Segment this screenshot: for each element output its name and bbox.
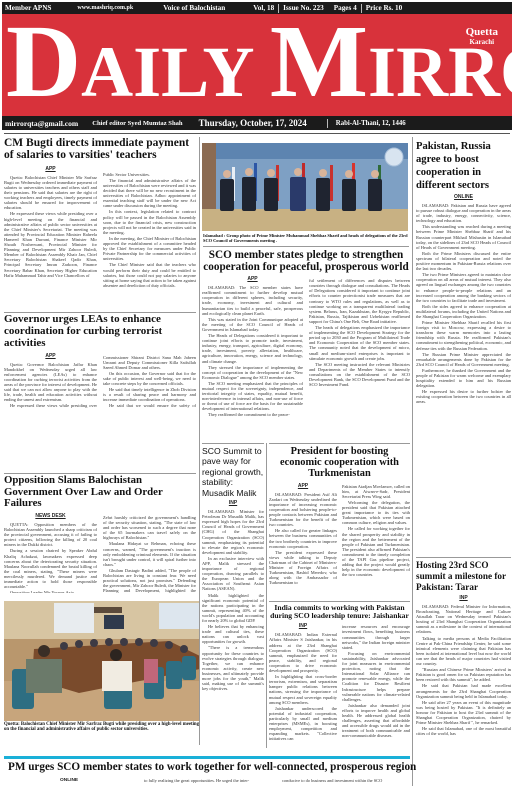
paragraph: to fully realizing the great opportuniti… <box>144 778 276 783</box>
article-tarar: Hosting 23rd SCO summit a milestone for … <box>416 560 511 786</box>
paragraph: Quetta: Balochistan Chief Minister Mir S… <box>4 175 97 211</box>
paragraph: Jaishankar underscored the potential of … <box>269 706 337 742</box>
divider <box>4 133 510 134</box>
chief-editor: Chief editor Syed Mumtaz Shah <box>92 120 182 127</box>
byline: NEWS DESK <box>4 513 97 519</box>
byline: APP <box>4 166 97 172</box>
paragraph: The two Prime Ministers agreed to mainta… <box>416 272 511 303</box>
byline: INP <box>416 595 511 601</box>
paragraph: He said after 27 years an event of this … <box>416 700 511 725</box>
top-info-bar: Member APNS www.mashriq.com.pk Voice of … <box>2 2 512 14</box>
publication-date: Thursday, October, 17, 2024 <box>199 118 307 128</box>
paragraph: He said that we would ensure the safety … <box>103 403 196 408</box>
paragraph: This was stated in the Joint Communique … <box>202 317 303 332</box>
paragraph: Talking to media persons at Media Facili… <box>416 636 511 667</box>
paragraph: He said that Islamabad, one of the most … <box>416 726 511 736</box>
city-karachi: Karachi <box>466 38 498 46</box>
paragraph: ISLAMABAD: Federal Minister for Informat… <box>416 604 511 635</box>
article-pm-urges-headline[interactable]: PM urges SCO member states to work toget… <box>8 761 412 773</box>
paragraph: Malik highlighted the significant econom… <box>202 593 264 624</box>
paragraph: Pakistan Atadjan Movlamov, called on him… <box>342 484 410 499</box>
paragraph: He said that Pakistan had made excellent… <box>416 683 511 698</box>
article-pak-russia: Pakistan, Russia agree to boost cooperat… <box>416 140 511 548</box>
paragraph: Ghulam Dastagir Badini added, "The peopl… <box>103 568 196 593</box>
divider <box>361 4 362 13</box>
price-label: Price Rs. 10 <box>366 4 403 12</box>
paragraph: Commissioner Shirani District Sana Mah J… <box>103 355 196 370</box>
article-jaishankar: India commits to working with Pakistan d… <box>269 601 410 748</box>
divider <box>278 4 279 13</box>
paragraph: Maulana Hidayat ur Rehman, echoing these… <box>103 541 196 566</box>
paragraph: In this context, legislation related to … <box>103 209 196 234</box>
pages-label: Pages 4 <box>334 4 357 12</box>
paragraph: He expressed these views while presiding… <box>4 403 97 408</box>
paragraph: Jaishankar also demanded joint efforts t… <box>342 703 410 739</box>
divider <box>4 312 196 313</box>
paragraph: Quetta: Governor Balochistan Jaffar Khan… <box>4 362 97 403</box>
paragraph: Opposition Leader Mir Younus Aziz <box>4 590 97 593</box>
byline: APP <box>202 276 303 282</box>
paragraph: ISLAMABAD: Minister for Petroleum Dr Mus… <box>202 509 264 555</box>
article-opposition: Opposition Slams Balochistan Government … <box>4 475 196 593</box>
volume-label: Vol, 18 <box>253 4 274 12</box>
paragraph: He also called for greater linkages betw… <box>269 528 337 548</box>
article-musadik: SCO Summit to pave way for regional grow… <box>202 443 264 750</box>
paragraph: The Russian Prime Minister appreciated t… <box>416 352 511 367</box>
issue-label: Issue No. 223 <box>283 4 324 12</box>
divider <box>412 137 413 786</box>
photo-caption: Quetta: Balochistan Chief Minister Mir S… <box>4 722 200 733</box>
email-link[interactable]: mirrorqta@gmail.com <box>5 119 78 128</box>
divider <box>4 473 196 474</box>
article-governor: Governor urges LEAs to enhance coordinat… <box>4 314 196 408</box>
divider <box>266 443 267 748</box>
paragraph: He called for working together for the s… <box>342 526 410 577</box>
hijri-date: Rabi-Al-Thani, 12, 1446 <box>336 120 406 127</box>
paragraph: "There is a tremendous opportunity for t… <box>202 645 264 691</box>
paragraph: Zehri harshly criticized the government'… <box>103 515 196 540</box>
byline: APP <box>269 483 337 489</box>
paragraph: During a session chaired by Speaker Abdu… <box>4 548 97 589</box>
newspaper-title: DAILY MIRROR <box>6 14 512 114</box>
masthead: DAILY MIRROR Quetta Karachi <box>2 14 512 116</box>
meeting-room-image <box>4 601 200 721</box>
byline: INP <box>269 623 337 629</box>
divider <box>203 246 409 247</box>
paragraph: ISLAMABAD: The SCO member states have re… <box>202 285 303 316</box>
photo-caption: Islamabad : Group photo of Prime Ministe… <box>203 233 409 243</box>
paragraph: ISLAMABAD: President Asif Ali Zardari on… <box>269 492 337 528</box>
paragraph: He believes that by enhancing trade and … <box>202 624 264 644</box>
paragraph: In the meeting, the Chief Minister of Ba… <box>103 236 196 261</box>
headline[interactable]: India commits to working with Pakistan d… <box>269 604 410 620</box>
headline[interactable]: CM Bugti directs immediate payment of sa… <box>4 137 196 162</box>
article-president: President for boosting economic cooperat… <box>269 443 410 599</box>
article-cm-bugti: CM Bugti directs immediate payment of sa… <box>4 137 196 289</box>
paragraph: ISLAMABAD: Indian External Affairs Minis… <box>269 632 337 673</box>
paragraph: Public Sector Universities. <box>103 172 196 177</box>
paragraph: The financial and administrative affairs… <box>103 178 196 209</box>
paragraph: ful settlement of differences and disput… <box>309 278 410 324</box>
headline[interactable]: Hosting 23rd SCO summit a milestone for … <box>416 560 511 593</box>
article-pm-urges-byline: ONLINE <box>60 778 78 783</box>
byline: APP <box>4 353 97 359</box>
headline[interactable]: Opposition Slams Balochistan Government … <box>4 475 196 510</box>
paragraph: He expressed his desire to further bolst… <box>416 389 511 404</box>
paragraph: QUETTA: Opposition members of the Baloch… <box>4 522 97 547</box>
paragraph: They stressed the importance of implemen… <box>202 365 303 380</box>
paragraph: conducive to do business and investment … <box>282 778 412 783</box>
paragraph: "Russian and Chinese Prime Ministers' ar… <box>416 667 511 682</box>
paragraph: Furthermore, he thanked the Government a… <box>416 368 511 388</box>
paragraph: Both the Prime Ministers discussed the e… <box>416 251 511 271</box>
paragraph: The heads of delegations emphasized the … <box>309 325 410 361</box>
accent-bar <box>4 756 410 759</box>
paragraph: Prime Minister Shehbaz Sharif recalled h… <box>416 320 511 351</box>
meeting-photo <box>4 601 200 721</box>
headline[interactable]: Pakistan, Russia agree to boost cooperat… <box>416 140 511 192</box>
divider <box>416 557 511 558</box>
paragraph: In an exclusive interview with APP, Mali… <box>202 556 264 592</box>
sco-group-photo <box>202 143 408 231</box>
paragraph: Both the sides agreed to enhance coopera… <box>416 304 511 319</box>
paragraph: ISLAMABAD: Pakistan and Russia have agre… <box>416 203 511 223</box>
paragraph: Welcoming the delegation, the president … <box>342 500 410 525</box>
paragraph: Focusing on environmental sustainability… <box>342 651 410 702</box>
divider <box>327 119 328 128</box>
byline: ONLINE <box>416 194 511 200</box>
headline[interactable]: President for boosting economic cooperat… <box>269 446 410 480</box>
edition-cities: Quetta Karachi <box>466 26 498 46</box>
paragraph: This understanding was reached during a … <box>416 224 511 249</box>
paragraph: The Heads of Delegations considered it i… <box>202 333 303 364</box>
tagline: Voice of Balochistan <box>163 4 225 12</box>
city-quetta: Quetta <box>466 26 498 38</box>
headline[interactable]: SCO member states pledge to strengthen c… <box>202 249 410 273</box>
headline[interactable]: SCO Summit to pave way for regional grow… <box>202 446 264 498</box>
paragraph: They reaffirmed the commitment to the pe… <box>202 412 303 417</box>
paragraph: The president expressed these views whil… <box>269 550 337 586</box>
paragraph: In highlighting that cross-border terror… <box>269 674 337 705</box>
date-bar: mirrorqta@gmail.com Chief editor Syed Mu… <box>2 116 512 130</box>
group-photo-image <box>202 143 408 231</box>
paragraph: On this occasion, the Governor said that… <box>103 371 196 386</box>
paragraph: increase resources and encourage investm… <box>342 624 410 649</box>
headline[interactable]: Governor urges LEAs to enhance coordinat… <box>4 314 196 350</box>
article-sco-pledge: SCO member states pledge to strengthen c… <box>202 249 410 441</box>
paragraph: The Chief Minister said that the teacher… <box>103 262 196 287</box>
paragraph: He said that timely intelligence in Zhob… <box>103 387 196 402</box>
paragraph: He expressed these views while presiding… <box>4 211 97 277</box>
byline: INP <box>202 500 264 506</box>
member-label: Member APNS <box>5 4 51 12</box>
website-link[interactable]: www.mashriq.com.pk <box>77 5 133 11</box>
paragraph: The SCO meeting instructed the relevant … <box>309 362 410 387</box>
paragraph: The SCO meeting emphasized that the prin… <box>202 381 303 412</box>
divider <box>199 137 200 745</box>
